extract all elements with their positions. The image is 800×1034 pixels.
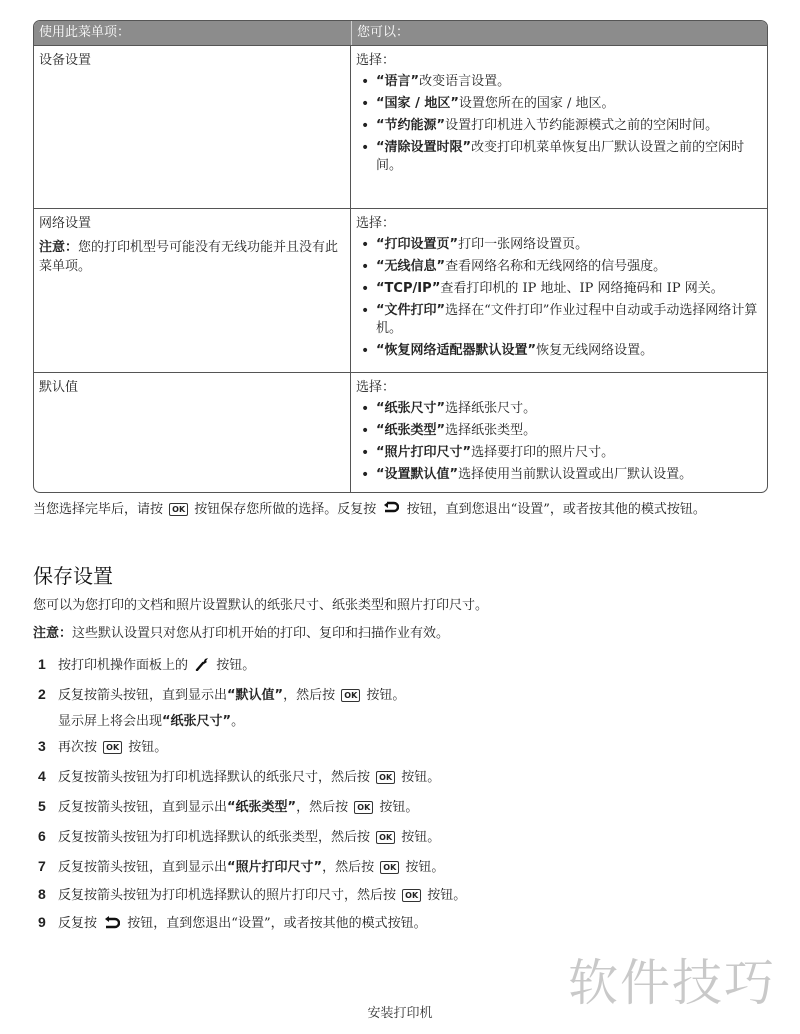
ok-button-icon: OK (341, 689, 360, 702)
list-item: “无线信息”查看网络名称和无线网络的信号强度。 (356, 258, 759, 276)
step-number: 6 (38, 826, 58, 846)
menu-item-cell: 网络设置 注意：您的打印机型号可能没有无线功能并且没有此菜单项。 (34, 209, 351, 372)
option-text: 选择要打印的照片尺寸。 (471, 445, 614, 460)
option-text: 查看网络名称和无线网络的信号强度。 (445, 259, 666, 274)
step-5: 5反复按箭头按钮，直到显示出“纸张类型”，然后按 OK 按钮。 (38, 796, 418, 818)
step-2: 2反复按箭头按钮，直到显示出“默认值”，然后按 OK 按钮。 显示屏上将会出现“… (38, 684, 405, 732)
text: 按钮保存您所做的选择。反复按 (194, 502, 376, 517)
note-label: 注意： (39, 240, 78, 255)
option-keyword: “恢复网络适配器默认设置” (376, 343, 536, 358)
options-cell: 选择： “语言”改变语言设置。 “国家 / 地区”设置您所在的国家 / 地区。 … (351, 46, 767, 208)
option-text: 选择纸张尺寸。 (445, 401, 536, 416)
back-arrow-icon (383, 501, 399, 515)
option-keyword: “国家 / 地区” (376, 96, 459, 111)
step-text: 反复按箭头按钮，直到显示出 (58, 688, 227, 703)
option-text: 打印一张网络设置页。 (458, 237, 588, 252)
option-text: 恢复无线网络设置。 (536, 343, 653, 358)
step-text: ，然后按 (296, 800, 348, 815)
step-keyword: “纸张类型” (227, 800, 296, 815)
step-6: 6反复按箭头按钮为打印机选择默认的纸张类型，然后按 OK 按钮。 (38, 826, 440, 848)
step-text: 按钮。 (405, 860, 444, 875)
options-intro: 选择： (356, 378, 759, 398)
step-number: 7 (38, 856, 58, 876)
step-number: 2 (38, 684, 58, 704)
step-text: ，然后按 (283, 688, 335, 703)
option-keyword: “清除设置时限” (376, 140, 471, 155)
table-row: 默认值 选择： “纸张尺寸”选择纸张尺寸。 “纸张类型”选择纸张类型。 “照片打… (34, 373, 767, 492)
step-number: 5 (38, 796, 58, 816)
options-cell: 选择： “打印设置页”打印一张网络设置页。 “无线信息”查看网络名称和无线网络的… (351, 209, 767, 372)
step-number: 4 (38, 766, 58, 786)
step-3: 3再次按 OK 按钮。 (38, 736, 167, 758)
options-list: “打印设置页”打印一张网络设置页。 “无线信息”查看网络名称和无线网络的信号强度… (356, 236, 759, 360)
step-text: 反复按箭头按钮为打印机选择默认的照片打印尺寸，然后按 (58, 888, 396, 903)
document-page: 使用此菜单项： 您可以： 设备设置 选择： “语言”改变语言设置。 “国家 / … (0, 0, 800, 1034)
step-number: 3 (38, 736, 58, 756)
table-row: 设备设置 选择： “语言”改变语言设置。 “国家 / 地区”设置您所在的国家 /… (34, 46, 767, 209)
option-text: 设置您所在的国家 / 地区。 (459, 96, 615, 111)
list-item: “语言”改变语言设置。 (356, 73, 759, 91)
option-keyword: “TCP/IP” (376, 281, 440, 296)
list-item: “打印设置页”打印一张网络设置页。 (356, 236, 759, 254)
options-list: “语言”改变语言设置。 “国家 / 地区”设置您所在的国家 / 地区。 “节约能… (356, 73, 759, 175)
option-keyword: “文件打印” (376, 303, 445, 318)
step-keyword: “照片打印尺寸” (227, 860, 322, 875)
ok-button-icon: OK (376, 831, 395, 844)
menu-item-note: 注意：您的打印机型号可能没有无线功能并且没有此菜单项。 (39, 238, 345, 276)
list-item: “国家 / 地区”设置您所在的国家 / 地区。 (356, 95, 759, 113)
step-1: 1按打印机操作面板上的 按钮。 (38, 654, 255, 676)
step-text: 按钮。 (401, 770, 440, 785)
step-number: 1 (38, 654, 58, 674)
list-item: “文件打印”选择在“文件打印”作业过程中自动或手动选择网络计算机。 (356, 302, 759, 338)
list-item: “节约能源”设置打印机进入节约能源模式之前的空闲时间。 (356, 117, 759, 135)
options-list: “纸张尺寸”选择纸张尺寸。 “纸张类型”选择纸张类型。 “照片打印尺寸”选择要打… (356, 400, 759, 484)
step-keyword: “默认值” (227, 688, 283, 703)
step-text: 按钮，直到您退出“设置”，或者按其他的模式按钮。 (127, 916, 426, 931)
option-keyword: “打印设置页” (376, 237, 458, 252)
option-text: 查看打印机的 IP 地址、IP 网络掩码和 IP 网关。 (440, 281, 723, 296)
back-arrow-icon (104, 915, 120, 929)
step-text: 显示屏上将会出现 (58, 714, 162, 729)
options-intro: 选择： (356, 51, 759, 71)
text: 当您选择完毕后，请按 (33, 502, 163, 517)
step-number: 8 (38, 884, 58, 904)
header-menu-item: 使用此菜单项： (34, 21, 352, 45)
step-text: 反复按箭头按钮，直到显示出 (58, 860, 227, 875)
after-table-paragraph: 当您选择完毕后，请按 OK 按钮保存您所做的选择。反复按 按钮，直到您退出“设置… (33, 500, 768, 520)
step-4: 4反复按箭头按钮为打印机选择默认的纸张尺寸，然后按 OK 按钮。 (38, 766, 440, 788)
option-keyword: “照片打印尺寸” (376, 445, 471, 460)
option-text: 选择使用当前默认设置或出厂默认设置。 (458, 467, 692, 482)
list-item: “照片打印尺寸”选择要打印的照片尺寸。 (356, 444, 759, 462)
step-text: 按钮。 (379, 800, 418, 815)
table-header: 使用此菜单项： 您可以： (34, 21, 767, 46)
ok-button-icon: OK (380, 861, 399, 874)
note-label: 注意： (33, 626, 72, 641)
menu-table: 使用此菜单项： 您可以： 设备设置 选择： “语言”改变语言设置。 “国家 / … (33, 20, 768, 493)
option-text: 改变语言设置。 (419, 74, 510, 89)
header-you-can: 您可以： (352, 21, 767, 45)
options-intro: 选择： (356, 214, 759, 234)
ok-button-icon: OK (402, 889, 421, 902)
menu-item-label: 默认值 (39, 378, 345, 398)
step-text: 反复按箭头按钮为打印机选择默认的纸张尺寸，然后按 (58, 770, 370, 785)
step-text: ，然后按 (322, 860, 374, 875)
option-keyword: “无线信息” (376, 259, 445, 274)
option-keyword: “节约能源” (376, 118, 445, 133)
option-keyword: “语言” (376, 74, 419, 89)
ok-button-icon: OK (376, 771, 395, 784)
section-intro: 您可以为您打印的文档和照片设置默认的纸张尺寸、纸张类型和照片打印尺寸。 (33, 596, 768, 616)
list-item: “设置默认值”选择使用当前默认设置或出厂默认设置。 (356, 466, 759, 484)
option-text: 选择纸张类型。 (445, 423, 536, 438)
step-text: 反复按 (58, 916, 97, 931)
menu-item-cell: 默认值 (34, 373, 351, 492)
step-text: 按打印机操作面板上的 (58, 658, 188, 673)
section-note: 注意：这些默认设置只对您从打印机开始的打印、复印和扫描作业有效。 (33, 624, 768, 644)
step-text: 反复按箭头按钮，直到显示出 (58, 800, 227, 815)
step-text: 按钮。 (216, 658, 255, 673)
step-text: 。 (231, 714, 244, 729)
step-number: 9 (38, 912, 58, 932)
step-text: 反复按箭头按钮为打印机选择默认的纸张类型，然后按 (58, 830, 370, 845)
step-text: 按钮。 (401, 830, 440, 845)
ok-button-icon: OK (103, 741, 122, 754)
option-keyword: “设置默认值” (376, 467, 458, 482)
option-keyword: “纸张类型” (376, 423, 445, 438)
note-text: 这些默认设置只对您从打印机开始的打印、复印和扫描作业有效。 (72, 626, 449, 641)
step-text: 按钮。 (366, 688, 405, 703)
menu-item-label: 网络设置 (39, 214, 345, 234)
list-item: “纸张类型”选择纸张类型。 (356, 422, 759, 440)
note-text: 您的打印机型号可能没有无线功能并且没有此菜单项。 (39, 240, 338, 274)
ok-button-icon: OK (169, 503, 188, 516)
list-item: “清除设置时限”改变打印机菜单恢复出厂默认设置之前的空闲时间。 (356, 139, 759, 175)
ok-button-icon: OK (354, 801, 373, 814)
options-cell: 选择： “纸张尺寸”选择纸张尺寸。 “纸张类型”选择纸张类型。 “照片打印尺寸”… (351, 373, 767, 492)
step-result: 显示屏上将会出现“纸张尺寸”。 (38, 712, 405, 732)
step-keyword: “纸张尺寸” (162, 714, 231, 729)
option-text: 设置打印机进入节约能源模式之前的空闲时间。 (445, 118, 718, 133)
table-row: 网络设置 注意：您的打印机型号可能没有无线功能并且没有此菜单项。 选择： “打印… (34, 209, 767, 373)
page-footer: 安装打印机 (0, 1002, 800, 1021)
wrench-icon (195, 657, 209, 671)
menu-item-label: 设备设置 (39, 51, 345, 71)
step-text: 再次按 (58, 740, 97, 755)
step-text: 按钮。 (128, 740, 167, 755)
option-keyword: “纸张尺寸” (376, 401, 445, 416)
step-8: 8反复按箭头按钮为打印机选择默认的照片打印尺寸，然后按 OK 按钮。 (38, 884, 466, 906)
list-item: “恢复网络适配器默认设置”恢复无线网络设置。 (356, 342, 759, 360)
section-title: 保存设置 (33, 560, 113, 589)
menu-item-cell: 设备设置 (34, 46, 351, 208)
step-7: 7反复按箭头按钮，直到显示出“照片打印尺寸”，然后按 OK 按钮。 (38, 856, 444, 878)
step-text: 按钮。 (427, 888, 466, 903)
step-9: 9反复按 按钮，直到您退出“设置”，或者按其他的模式按钮。 (38, 912, 427, 934)
list-item: “TCP/IP”查看打印机的 IP 地址、IP 网络掩码和 IP 网关。 (356, 280, 759, 298)
text: 按钮，直到您退出“设置”，或者按其他的模式按钮。 (407, 502, 706, 517)
list-item: “纸张尺寸”选择纸张尺寸。 (356, 400, 759, 418)
